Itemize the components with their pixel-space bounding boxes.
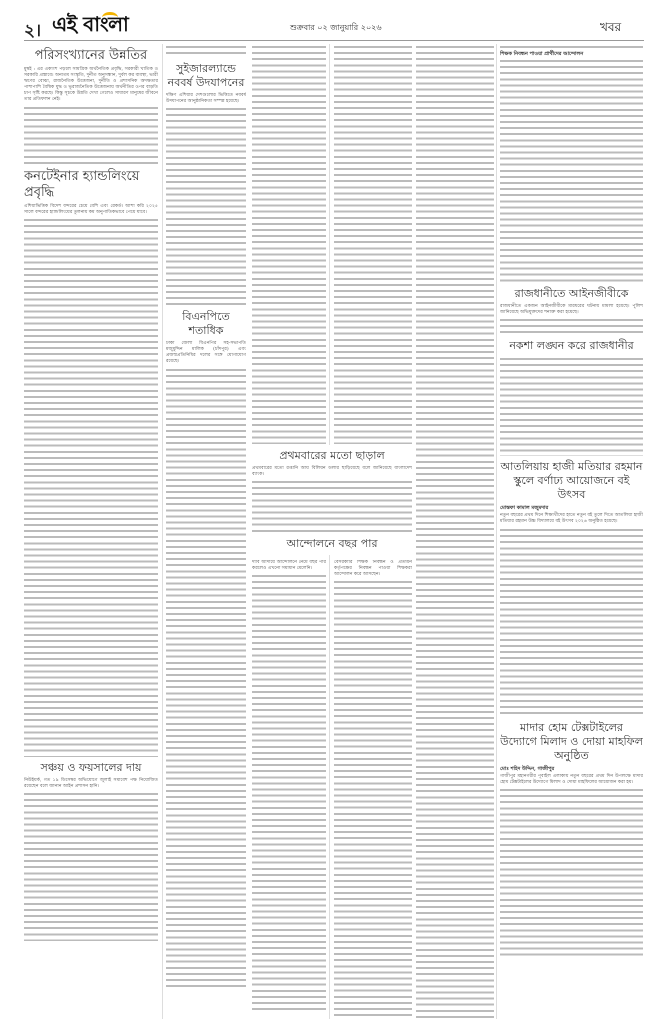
article-body-continued bbox=[500, 317, 643, 335]
page-number: ২। bbox=[24, 18, 41, 46]
article-body: ঢাকা জেলা বিএনপির সহ-সভাপতি মজুমুদ্দিন ম… bbox=[166, 341, 246, 365]
column-2: সুইজারল্যান্ডে নববর্ষ উদযাপনের দক্ষিণ এশ… bbox=[166, 44, 246, 1019]
column-1: পরিসংখ্যানের উন্নতির মুম্বই : এর একাংশ প… bbox=[24, 44, 158, 1019]
column-4b bbox=[416, 44, 494, 1019]
sun-icon bbox=[102, 12, 118, 23]
article-body-continued bbox=[500, 44, 643, 50]
article-body-continued bbox=[500, 787, 643, 957]
article-headline: আন্দোলনে বছর পার bbox=[252, 537, 412, 551]
article-body: এশিয়াভিত্তিক বিদেশ বন্দরের চেয়ে বেশি এ… bbox=[24, 204, 158, 216]
section-title: খবর bbox=[600, 19, 621, 39]
column-divider bbox=[162, 44, 163, 1019]
article-body: নতুন বছরের প্রথম দিনে শিক্ষার্থীদের হাতে… bbox=[500, 513, 643, 525]
masthead: ২। এই বাংলা শুক্রবার ০২ জানুয়ারি ২০২৬ খ… bbox=[0, 0, 667, 40]
article-body: নিউইয়র্ক, গত ১৯ ডিসেম্বর অভিযোগে জুলাই … bbox=[24, 778, 158, 790]
column-3-lower: দাবি আদায়ে আন্দোলনে নেমে বছর পার করলেও … bbox=[252, 560, 326, 1019]
article-headline: পরিসংখ্যানের উন্নতির bbox=[24, 48, 158, 64]
article-body-continued bbox=[24, 105, 158, 165]
article-headline: নকশা লঙ্ঘন করে রাজধানীর bbox=[500, 339, 643, 353]
column-4-lower: বেসরকারি শিক্ষক নিবন্ধন ও প্রত্যয়ন কর্ত… bbox=[334, 560, 412, 1019]
article-body-continued bbox=[500, 58, 643, 283]
article-headline: কনটেইনার হ্যান্ডলিংয়ে প্রবৃদ্ধি bbox=[24, 169, 158, 201]
article-headline: বিএনপিতে শতাধিক bbox=[166, 310, 246, 338]
article-body-continued bbox=[416, 44, 494, 1019]
header-rule bbox=[24, 40, 644, 41]
column-divider bbox=[496, 44, 497, 1019]
article-headline: আতলিয়ায় হাজী মতিয়ার রহমান স্কুলে বর্ণ… bbox=[500, 460, 643, 502]
article-body: মুম্বই : এর একাংশ পড়লে সামগ্রিক অর্থনৈত… bbox=[24, 67, 158, 104]
article-body: গাজীপুর মহানগরীর পূবাইল এলাকায় নতুন বছর… bbox=[500, 774, 643, 786]
article-headline: রাজধানীতে আইনজীবীকে bbox=[500, 287, 643, 301]
article-body: প্রথমবারের মতো রপ্তানি আয় বিলিয়ন ডলার … bbox=[252, 466, 412, 478]
issue-date: শুক্রবার ০২ জানুয়ারি ২০২৬ bbox=[290, 22, 382, 35]
article-body-continued bbox=[500, 356, 643, 456]
article-body-continued bbox=[166, 367, 246, 987]
column-4 bbox=[334, 44, 412, 444]
article-byline: মোঃ শহিদ উদ্দিন, গাজীপুর bbox=[500, 766, 643, 772]
article-subhead: শিক্ষক নিবন্ধন পাওয়া প্রার্থীদের আন্দোল… bbox=[500, 51, 643, 57]
article-body: রাজধানীতে একজন আইনজীবীকে মারধরের ঘটনায় … bbox=[500, 304, 643, 316]
column-5: শিক্ষক নিবন্ধন পাওয়া প্রার্থীদের আন্দোল… bbox=[500, 44, 643, 1019]
article-body-continued bbox=[334, 579, 412, 1019]
export-article: প্রথমবারের মতো ছাড়াল প্রথমবারের মতো রপ্… bbox=[252, 445, 412, 555]
article-body-continued bbox=[252, 479, 412, 533]
article-body: বেসরকারি শিক্ষক নিবন্ধন ও প্রত্যয়ন কর্ত… bbox=[334, 560, 412, 578]
article-body-continued bbox=[24, 791, 158, 941]
article-body-continued bbox=[24, 217, 158, 757]
article-body: দাবি আদায়ে আন্দোলনে নেমে বছর পার করলেও … bbox=[252, 560, 326, 572]
article-body: দক্ষিণ এশিয়ার দেশগুলোর ভিত্তিতে নববর্ষ … bbox=[166, 93, 246, 105]
article-byline: মোস্তফা কামাল মজুমদার bbox=[500, 505, 643, 511]
article-body-continued bbox=[500, 527, 643, 717]
article-headline: সুইজারল্যান্ডে নববর্ষ উদযাপনের bbox=[166, 62, 246, 90]
article-body-continued bbox=[252, 573, 326, 1013]
article-headline: প্রথমবারের মতো ছাড়াল bbox=[252, 449, 412, 463]
article-body-continued bbox=[166, 106, 246, 306]
article-body-continued bbox=[252, 44, 326, 444]
article-headline: মাদার হোম টেক্সটাইলের উদ্যোগে মিলাদ ও দো… bbox=[500, 721, 643, 763]
article-body-continued bbox=[334, 44, 412, 444]
article-headline: সঞ্চয় ও ফয়সালের দায় bbox=[24, 761, 158, 775]
article-body-continued bbox=[166, 44, 246, 58]
